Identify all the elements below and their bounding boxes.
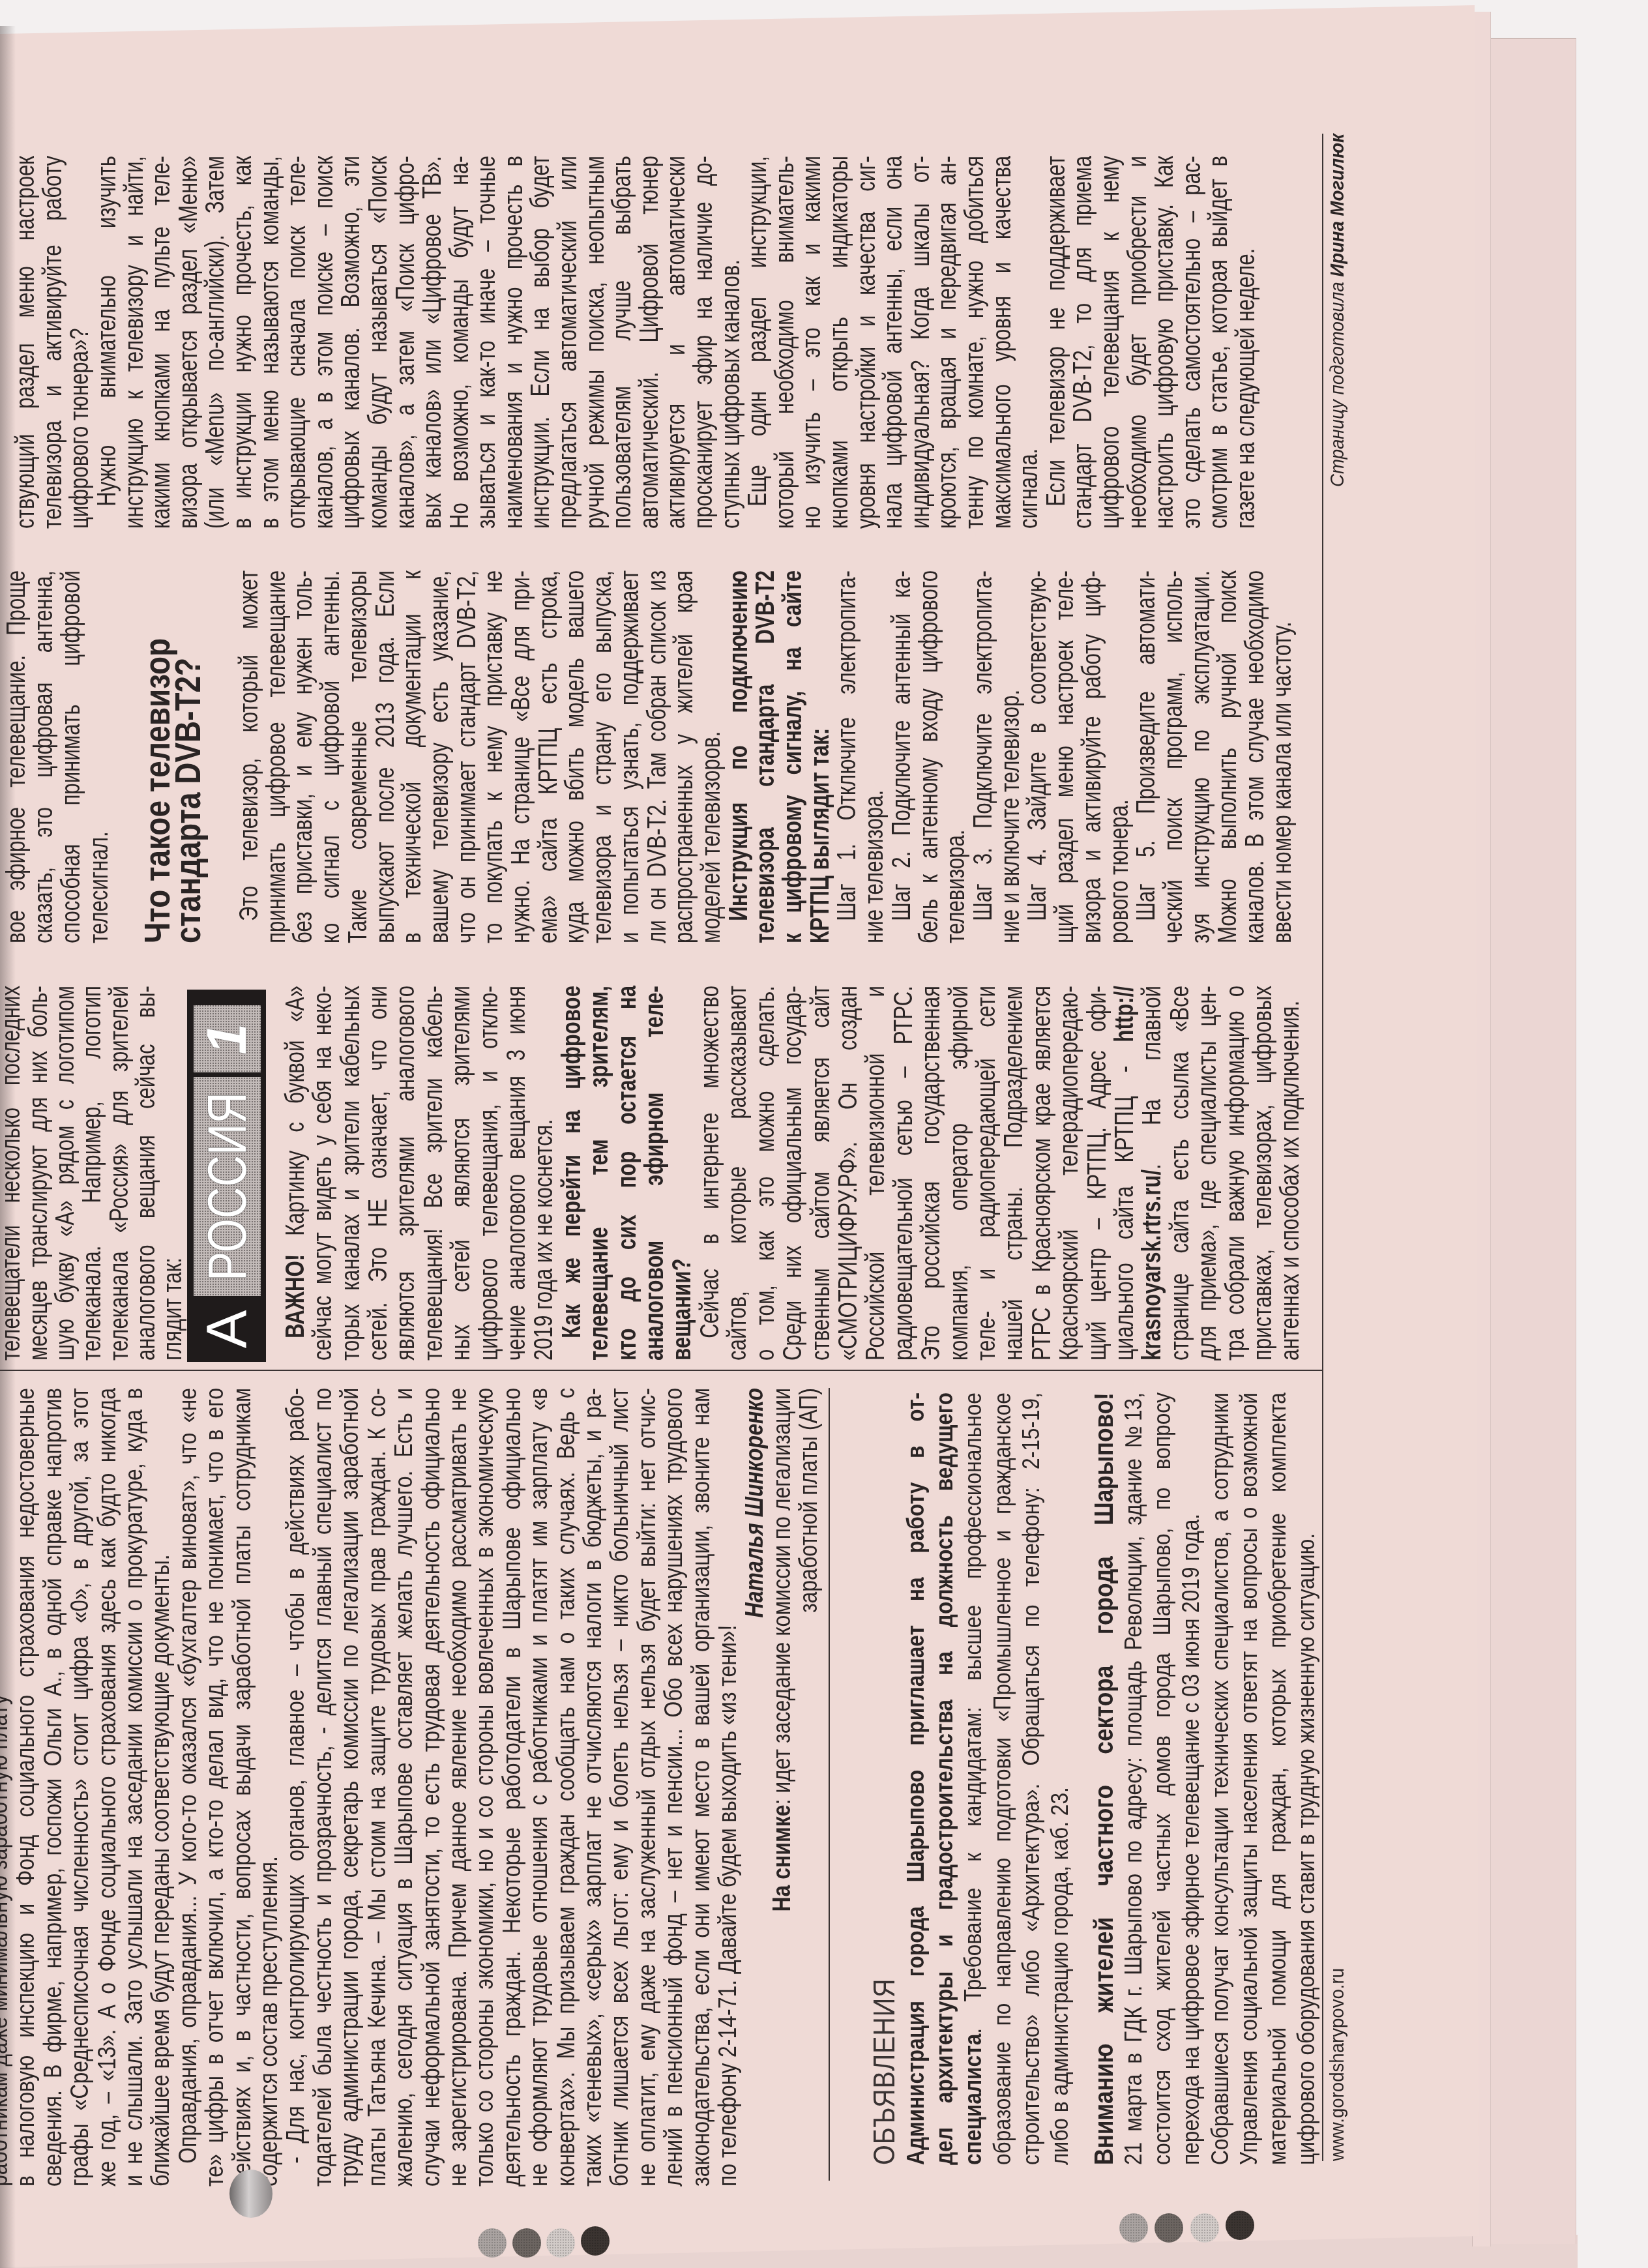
text-line: Управления социальной защиты населения о…	[1235, 1392, 1263, 2165]
tv-article-col2-intro: вое эфирное телевещание. Проще сказать, …	[3, 570, 113, 943]
text-bold: специалиста	[960, 2034, 986, 2165]
text-line: «СМОТРИЦИФРУ.РФ». Он создан	[834, 986, 862, 1361]
step-line: Шаг 2. Подключите антенный ка-	[889, 570, 916, 943]
page-credit: Страницу подготовила Ирина Могилюк	[1326, 134, 1349, 525]
registration-mark-icon	[546, 2228, 575, 2258]
step-line: Шаг 5. Произведите автомати-	[1133, 570, 1160, 943]
text-line: просканирует эфир на наличие до-	[690, 156, 718, 529]
url-text: http://	[1110, 986, 1139, 1042]
text-line: Сейчас в интернете множество	[696, 986, 724, 1361]
text-line: действиях и, в частности, вопросах выдач…	[229, 1388, 256, 2187]
text-line: Если телевизор не поддерживает	[1043, 156, 1070, 529]
footer-rule	[1322, 134, 1323, 2161]
text-line: вое эфирное телевещание. Проще	[3, 570, 30, 943]
text-line: ручной режимы поиска, неопытным	[582, 156, 610, 529]
text-line: только со стороны экономики, но и со сто…	[471, 1388, 498, 2187]
text-regular: Картинку с буквой «А»	[281, 986, 310, 1254]
subheading-line: к цифровому сигналу, на сайте	[780, 570, 807, 943]
caption-label: На снимке	[768, 1805, 796, 1912]
text-line: цифрового тюнера»?	[66, 156, 94, 529]
text-line: инструкцию к телевизору и найти,	[121, 156, 149, 529]
text-line: не зарегистрирована. Причем данное явлен…	[445, 1388, 471, 2187]
text-line: но изучить – это как и какими	[799, 156, 826, 529]
credit-name: Ирина Могилюк	[1327, 134, 1348, 277]
registration-mark-icon	[1119, 2213, 1148, 2243]
text-line: ВАЖНО! Картинку с буквой «А»	[282, 986, 309, 1361]
text-line: что он принимает стандарт DVB-T2,	[454, 570, 481, 943]
text-line: Это российская государственная	[917, 986, 945, 1361]
text-line: сказать, это цифровая антенна,	[30, 570, 57, 943]
text-line: сайтов, которые рассказывают	[724, 986, 751, 1361]
text-line: Это телевизор, который может	[236, 570, 263, 943]
text-line: Оправдания, оправдания... У кого-то оказ…	[175, 1388, 201, 2187]
text-line: пользователям лучше выбрать	[609, 156, 636, 529]
text-line: не оплатит, ему даже на заслуженный отды…	[634, 1388, 660, 2187]
text-line: Красноярский телерадиопередаю-	[1055, 986, 1083, 1361]
registration-mark-icon	[1155, 2213, 1183, 2243]
text-line: наименования и нужно прочесть в	[501, 156, 528, 529]
step-line: зуя инструкцию по эксплуатации.	[1188, 570, 1215, 943]
registration-mark-icon	[1226, 2211, 1254, 2240]
text-line: по телефону 2-14-71. Давайте будем выход…	[714, 1388, 741, 2187]
text-line: шую букву «А» рядом с логотипом	[52, 986, 79, 1361]
tv-article-heading: Что такое телевизор стандарта DVB-T2?	[141, 570, 203, 943]
text-regular: циального сайта КРТПЦ -	[1110, 1042, 1139, 1361]
subheading-line: аналоговом эфирном теле-	[641, 986, 668, 1361]
text-line: ли он DVB-T2. Там собран список из	[644, 570, 671, 943]
text-line: же год, – «13». А о Фонде социального ст…	[94, 1388, 121, 2187]
text-line: телесигнал.	[85, 570, 113, 943]
text-line: телевизора и активируйте работу	[40, 156, 67, 529]
text-line: тодателей была честность и прозрачность,…	[310, 1388, 336, 2187]
announcement-vacancy: Администрация города Шарыпово приглашает…	[902, 1392, 1074, 2165]
step-line: бель к антенному входу цифрового	[916, 570, 943, 943]
credit-prefix: Страницу подготовила	[1327, 282, 1348, 487]
text-line: в налоговую инспекцию и Фонд социального…	[12, 1388, 39, 2187]
text-line: те» цифры в отчет включил, а кто-то дела…	[201, 1388, 228, 2187]
text-line: телевещатели несколько последних	[0, 986, 25, 1361]
text-line: цифровых каналов. Возможно, эти	[338, 156, 365, 529]
text-line: настроить цифровую приставку. Как	[1151, 156, 1179, 529]
divider-wages-announcements	[829, 1388, 830, 2181]
text-line: для приема», где специалисты цен-	[1194, 986, 1221, 1361]
caption-text: : идет заседание комиссии по легализации	[768, 1388, 796, 1804]
tv-article-col3: ствующий раздел меню настроек телевизора…	[12, 156, 1259, 529]
text-line: цифрового телевещания к нему	[1097, 156, 1125, 529]
text-line: предлагаться автоматический или	[555, 156, 582, 529]
text-line: циального сайта КРТПЦ - http://	[1111, 986, 1138, 1361]
step-line: Шаг 3. Подключите электропита-	[970, 570, 997, 943]
announcements-heading: ОБЪЯВЛЕНИЯ	[868, 1774, 900, 2165]
tv-article-col2: Это телевизор, который может принимать ц…	[236, 570, 1296, 943]
text-line: являются зрителями аналогового	[392, 986, 419, 1361]
text-line: телевизора и страну его выпуска,	[589, 570, 617, 943]
tv-article-col1: ВАЖНО! Картинку с буквой «А» сейчас могу…	[282, 986, 1304, 1361]
text-line: без приставки, и ему нужен толь-	[290, 570, 317, 943]
text-line: Собравшиеся получат консультации техниче…	[1206, 1392, 1235, 2165]
text-line: нашей страны. Подразделением	[1000, 986, 1027, 1361]
step-line: визора и активируйте работу циф-	[1079, 570, 1106, 943]
subheading-line: вещании?	[668, 986, 696, 1361]
step-line: ческий поиск программ, исполь-	[1160, 570, 1188, 943]
text-line: ботник лишается всех льгот: ему и болеть…	[606, 1388, 633, 2187]
russia-1-analog-logo: А РОССИЯ 1	[187, 990, 266, 1362]
text-line: платы Татьяна Кечина. – Мы стоим на защи…	[364, 1388, 390, 2187]
text-line: жалению, сегодня ситуация в Шарыпове ост…	[390, 1388, 417, 2187]
text-line: это сделать самостоятельно – рас-	[1179, 156, 1206, 529]
text-line: радиовещательной сетью – РТРС.	[890, 986, 917, 1361]
text-line: - Для нас, контролирующих органов, главн…	[282, 1388, 309, 2187]
text-line: странице сайта есть ссылка «Все	[1166, 986, 1194, 1361]
text-line: месяцев транслируют для них боль-	[25, 986, 52, 1361]
section-title: ОБЪЯВЛЕНИЯ	[868, 1774, 900, 2165]
registration-mark-icon	[1190, 2213, 1219, 2243]
text-line: нужно. На странице «Все для при-	[508, 570, 535, 943]
text-line: кнопками открыть индикаторы	[826, 156, 853, 529]
text-line: Администрация города Шарыпово приглашает…	[902, 1392, 930, 2165]
text-line: какими кнопками на пульте теле-	[148, 156, 175, 529]
text-line: щий центр – КРТПЦ. Адрес офи-	[1083, 986, 1111, 1361]
step-line: ввести номер канала или частоту.	[1269, 570, 1297, 943]
text-line: чение аналогового вещания 3 июня	[503, 986, 530, 1361]
heading-line: стандарта DVB-T2?	[172, 570, 203, 943]
text-line: 21 марта в ГДК г. Шарыпово по адресу: пл…	[1119, 1392, 1148, 2165]
text-line: лений в пенсионный фонд – нет и пенсии..…	[660, 1388, 687, 2187]
text-line: в этом меню называются команды,	[257, 156, 284, 529]
text-line: кроются, вращая и передвигая ан-	[934, 156, 962, 529]
url-text: krasnoyarsk.rtrs.ru/	[1138, 1170, 1166, 1361]
text-line: каналов, а в этом поиске – поиск	[311, 156, 338, 529]
text-line: Среди них официальным государ-	[779, 986, 806, 1361]
text-line: специалиста. Требование к кандидатам: вы…	[959, 1392, 988, 2165]
text-line: смотрим в статье, которая выйдет в	[1205, 156, 1233, 529]
text-line: уровня настройки и качества сиг-	[853, 156, 881, 529]
text-line: то покупать к нему приставку не	[480, 570, 508, 943]
text-line: ко сигнал с цифровой антенны.	[317, 570, 345, 943]
logo-channel-number: 1	[194, 1005, 261, 1072]
text-line: куда можно вбить модель вашего	[562, 570, 589, 943]
notice-title: Вниманию жителей частного сектора города…	[1090, 1392, 1119, 2165]
step-line: ние телевизора.	[861, 570, 889, 943]
subheading-line: телевещание тем зрителям,	[585, 986, 613, 1361]
text-line: Российской телевизионной и	[862, 986, 889, 1361]
punch-hole	[229, 2170, 272, 2218]
text-line: о том, как это можно сделать.	[752, 986, 779, 1361]
text-line: выпускают после 2013 года. Если	[372, 570, 400, 943]
registration-mark-icon	[512, 2228, 541, 2258]
step-line: ние и включите телевизор.	[997, 570, 1025, 943]
text-line: торых каналах и зрители кабельных	[337, 986, 364, 1361]
site-url: www.gorodsharypovo.ru	[1326, 1770, 1349, 2161]
logo-letter-a: А	[187, 1297, 266, 1362]
text-line: конвертах». Мы призываем граждан сообщат…	[553, 1388, 580, 2187]
text-line: автоматический. Цифровой тюнер	[636, 156, 664, 529]
text-line: телеканала. Например, логотип	[79, 986, 106, 1361]
announcement-notice-title: Вниманию жителей частного сектора города…	[1090, 1392, 1119, 2165]
wages-article: работникам даже минимальную заработную п…	[0, 1388, 823, 2187]
step-line: рового тюнера.	[1106, 570, 1134, 943]
text-line: телевещания! Все зрители кабель-	[420, 986, 447, 1361]
step-line: Шаг 1. Отключите электропита-	[834, 570, 861, 943]
text-line: зываться и как-то иначе – точные	[473, 156, 501, 529]
text-line: сетей. Это НЕ означает, что они	[364, 986, 392, 1361]
text-line: 2019 года их не коснется.	[530, 986, 557, 1361]
text-line: принимать цифровое телевещание	[263, 570, 291, 943]
text-line: способная принимать цифровой	[57, 570, 85, 943]
text-line: РТРС в Красноярском крае является	[1028, 986, 1055, 1361]
text-line: стандарт DVB-T2, то для приема	[1070, 156, 1097, 529]
logo-channel-name: РОССИЯ	[194, 1077, 261, 1296]
text-line: содержится состав преступления.	[256, 1388, 282, 2187]
text-line: Но возможно, команды будут на-	[447, 156, 474, 529]
rotated-page-content: работникам даже минимальную заработную п…	[0, 0, 1648, 2268]
text-regular: . На главной	[1138, 986, 1166, 1170]
text-line: каналов», а затем «Поиск цифро-	[392, 156, 420, 529]
text-line: строительство» либо «Архитектура». Обращ…	[1017, 1392, 1046, 2165]
footer-credit: Страницу подготовила Ирина Могилюк	[1326, 134, 1349, 525]
text-line: необходимо будет приобрести и	[1125, 156, 1152, 529]
photo-caption: На снимке: идет заседание комиссии по ле…	[769, 1388, 795, 2187]
text-line: и попытаться узнать, поддерживает	[617, 570, 644, 943]
text-line: цифрового оборудования ставит в трудную …	[1292, 1392, 1321, 2165]
text-line: вашему телевизору есть указание,	[426, 570, 454, 943]
text-line: krasnoyarsk.rtrs.ru/. На главной	[1138, 986, 1166, 1361]
text-line: не оформляют трудовые отношения с работн…	[525, 1388, 552, 2187]
text-line: тра собрали важную информацию о	[1222, 986, 1249, 1361]
step-line: щий раздел меню настроек теле-	[1052, 570, 1079, 943]
wages-article-text: работникам даже минимальную заработную п…	[0, 1388, 823, 2187]
subheading-line: КРТПЦ выглядит так:	[807, 570, 834, 943]
step-line: каналов. В этом случае необходимо	[1242, 570, 1269, 943]
text-line: открывающие сначала поиск теле-	[284, 156, 311, 529]
text-line: либо в администрацию города, каб. 23.	[1046, 1392, 1074, 2165]
text-line: нала цифровой антенны, если она	[880, 156, 907, 529]
text-line: индивидуальная? Когда шкалы от-	[907, 156, 935, 529]
text-line: аналогового вещания сейчас вы-	[133, 986, 160, 1361]
text-line: приставках, телевизорах, цифровых	[1249, 986, 1276, 1361]
text-line: деятельность граждан. Некоторые работода…	[499, 1388, 525, 2187]
text-line: сведения. В фирме, например, госпожи Оль…	[40, 1388, 66, 2187]
text-line: активируется и автоматически	[663, 156, 690, 529]
text-line: в инструкции нужно прочесть, как	[229, 156, 257, 529]
text-line: дел архитектуры и градостроительства на …	[930, 1392, 959, 2165]
step-line: Шаг 4. Зайдите в соответствую-	[1024, 570, 1052, 943]
text-line: ных сетей являются зрителями	[447, 986, 475, 1361]
text-line: состоится сход жителей частных домов гор…	[1148, 1392, 1177, 2165]
photo-caption-line-2: заработной платы (АП)	[795, 1388, 822, 2187]
text-line: (или «Menu» по-английски). Затем	[202, 156, 229, 529]
step-line: Можно выполнить ручной поиск	[1214, 570, 1242, 943]
text-line: цифрового телевещания, и отклю-	[475, 986, 503, 1361]
text-line: тенну по комнате, нужно добиться	[962, 156, 989, 529]
text-line: графы «Среднесписочная численность» стои…	[66, 1388, 93, 2187]
author-signature: Наталья Шинкоренко	[741, 1388, 768, 2187]
text-line: Нужно внимательно изучить	[94, 156, 121, 529]
subheading-line: Инструкция по подключению	[726, 570, 753, 943]
text-line: газете на следующей неделе.	[1233, 156, 1260, 529]
text-line: максимального уровня и качества	[989, 156, 1016, 529]
subheading-line: Как же перейти на цифровое	[558, 986, 585, 1361]
text-line: распространенных у жителей края	[671, 570, 698, 943]
step-line: телевизора.	[943, 570, 970, 943]
text-line: ственным сайтом является сайт	[807, 986, 834, 1361]
text-line: который необходимо вниматель-	[772, 156, 799, 529]
text-line: ступных цифровых каналов.	[718, 156, 745, 529]
text-line: Такие современные телевизоры	[345, 570, 372, 943]
text-line: труду администрации города, секретарь ко…	[336, 1388, 363, 2187]
text-line: перехода на цифровое эфирное телевещание…	[1177, 1392, 1205, 2165]
text-line: вых каналов» или «Цифровое ТВ».	[419, 156, 447, 529]
logo-name-panel: РОССИЯ	[194, 1077, 261, 1296]
text-line: ема» сайта КРТПЦ есть строка,	[535, 570, 563, 943]
text-line: глядит так:	[160, 986, 186, 1361]
text-line: компания, оператор эфирной	[945, 986, 973, 1361]
text-line: антеннах и способах их подключения.	[1276, 986, 1304, 1361]
subheading-line: кто до сих пор остается на	[613, 986, 641, 1361]
registration-mark-icon	[581, 2226, 610, 2256]
tv-article-col1-intro: телевещатели несколько последних месяцев…	[0, 986, 186, 1361]
divider-left-right	[0, 1370, 1323, 1371]
logo-number-panel: 1	[194, 1005, 261, 1072]
text-line: телеканала «Россия» для зрителей	[106, 986, 133, 1361]
text-line: таких «теневых», «серых» зарплат не отчи…	[580, 1388, 606, 2187]
text-line: моделей телевизоров.	[698, 570, 726, 943]
text-line: теле- и радиопередающей сети	[973, 986, 1000, 1361]
text-line: работникам даже минимальную заработную п…	[0, 1388, 12, 2187]
footer-site: www.gorodsharypovo.ru	[1326, 1770, 1349, 2161]
text-line: инструкции. Если на выбор будет	[527, 156, 555, 529]
text-line: в технической документации к	[399, 570, 426, 943]
text-line: визора открывается раздел «Меню»	[175, 156, 203, 529]
text-line: материальной помощи для граждан, которых…	[1263, 1392, 1292, 2165]
text-line: сигнала.	[1016, 156, 1043, 529]
text-regular: . Требование к кандидатам: высшее профес…	[960, 1392, 986, 2034]
text-line: ближайшее время будут переданы соответст…	[147, 1388, 174, 2187]
announcement-notice: 21 марта в ГДК г. Шарыпово по адресу: пл…	[1119, 1392, 1321, 2165]
subheading-line: телевизора стандарта DVB-T2	[752, 570, 780, 943]
text-line: образование по направлению подготовки «П…	[988, 1392, 1017, 2165]
text-line: ствующий раздел меню настроек	[12, 156, 40, 529]
text-line: случаи неформальной занятости, то есть т…	[418, 1388, 445, 2187]
text-line: и не слышали. Зато услышали на заседании…	[121, 1388, 147, 2187]
text-line: законодательства, если они имеют место в…	[688, 1388, 714, 2187]
text-line: Еще один раздел инструкции,	[744, 156, 772, 529]
important-label: ВАЖНО!	[281, 1254, 310, 1338]
registration-mark-icon	[478, 2228, 507, 2258]
text-line: команды будут называться «Поиск	[365, 156, 392, 529]
text-line: сейчас могут видеть у себя на неко-	[309, 986, 336, 1361]
